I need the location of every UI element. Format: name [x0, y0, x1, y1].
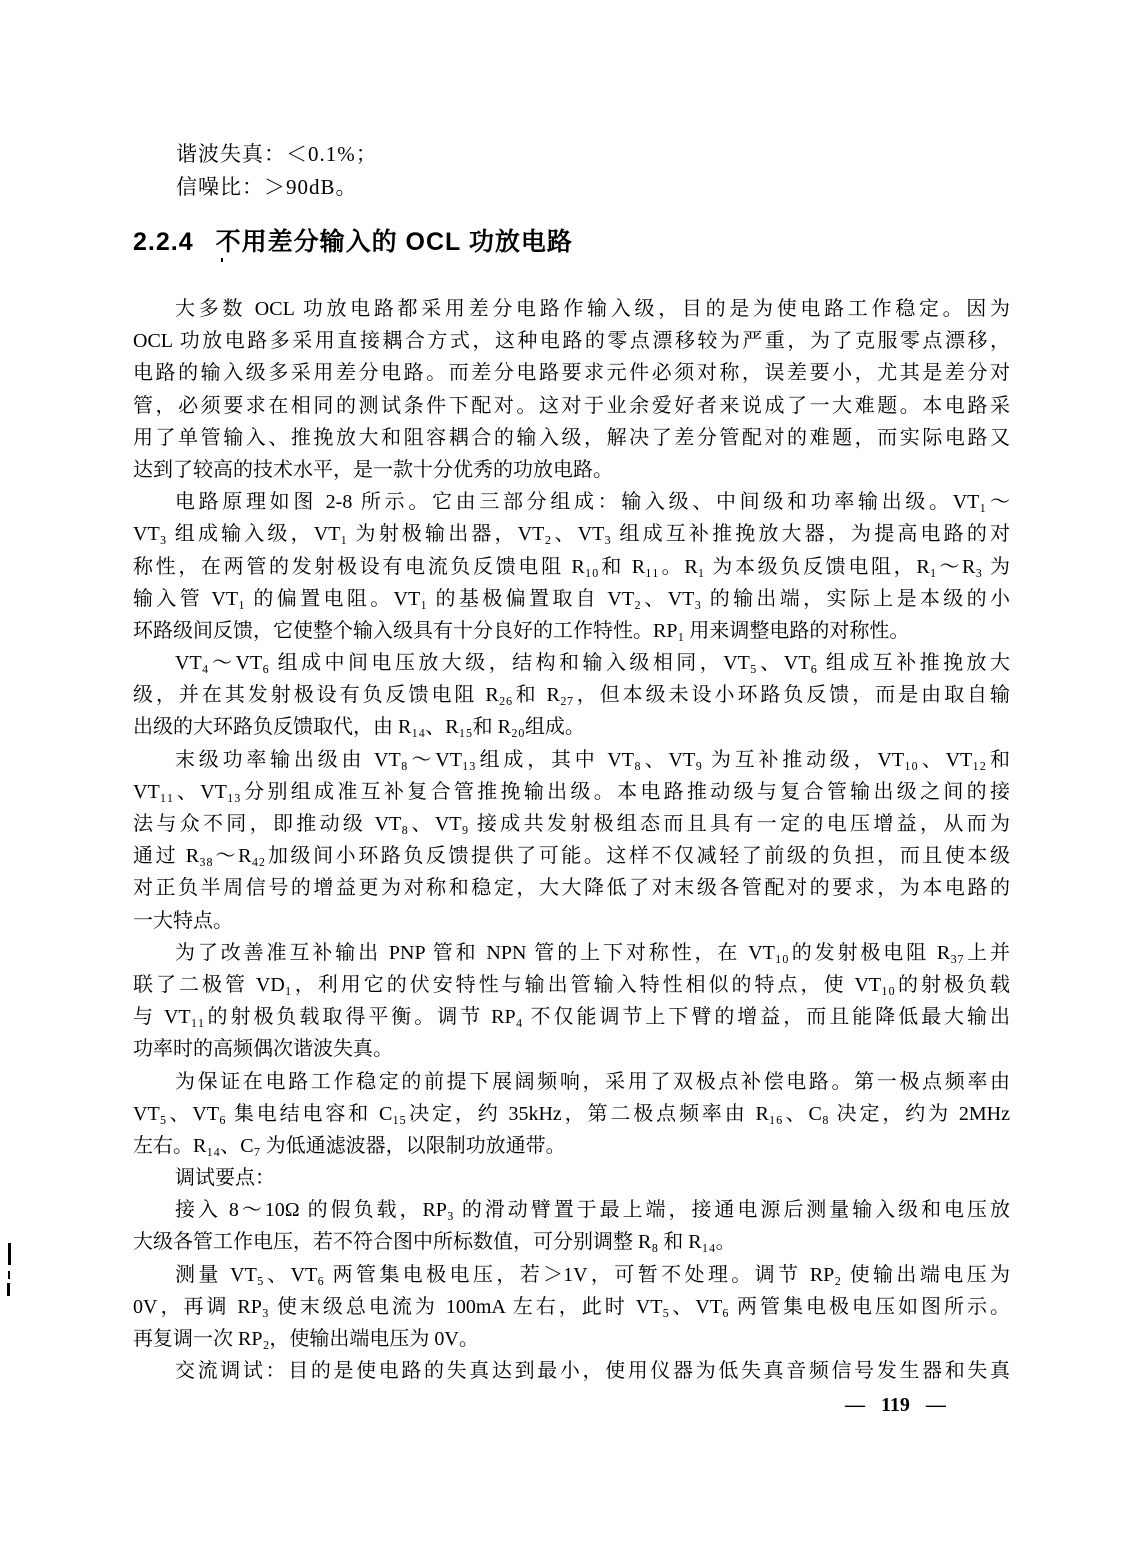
body-line: 一大特点。 — [133, 905, 1010, 937]
body-line: OCL 功放电路多采用直接耦合方式，这种电路的零点漂移较为严重，为了克服零点漂移… — [133, 325, 1010, 357]
spec-snr: 信噪比：＞90dB。 — [176, 171, 876, 204]
body-line: 输入管 VT₁ 的偏置电阻。VT₁ 的基极偏置取自 VT₂、VT₃ 的输出端，实… — [133, 583, 1010, 615]
body-line: 法与众不同，即推动级 VT₈、VT₉ 接成共发射极组态而且具有一定的电压增益，从… — [133, 808, 1010, 840]
section-heading: 2.2.4不用差分输入的 OCL 功放电路 — [133, 222, 1033, 258]
scan-artifact-mark — [8, 1243, 11, 1265]
body-line: 接入 8～10Ω 的假负载，RP₃ 的滑动臂置于最上端，接通电源后测量输入级和电… — [133, 1194, 1010, 1226]
body-line: 左右。R₁₄、C₇ 为低通滤波器，以限制功放通带。 — [133, 1130, 1010, 1162]
body-line: 联了二极管 VD₁，利用它的伏安特性与输出管输入特性相似的特点，使 VT₁₀的射… — [133, 969, 1010, 1001]
body-line: 称性，在两管的发射极设有电流负反馈电阻 R₁₀和 R₁₁。R₁ 为本级负反馈电阻… — [133, 551, 1010, 583]
scan-artifact-mark — [221, 258, 223, 262]
body-line: 交流调试：目的是使电路的失真达到最小，使用仪器为低失真音频信号发生器和失真 — [133, 1355, 1010, 1387]
body-line: 出级的大环路负反馈取代，由 R₁₄、R₁₅和 R₂₀组成。 — [133, 711, 1010, 743]
body-line: VT₄～VT₆ 组成中间电压放大级，结构和输入级相同，VT₅、VT₆ 组成互补推… — [133, 647, 1010, 679]
body-line: 为保证在电路工作稳定的前提下展阔频响，采用了双极点补偿电路。第一极点频率由 — [133, 1066, 1010, 1098]
body-line: 测量 VT₅、VT₆ 两管集电极电压，若＞1V，可暂不处理。调节 RP₂ 使输出… — [133, 1259, 1010, 1291]
body-line: 大级各管工作电压，若不符合图中所标数值，可分别调整 R₈ 和 R₁₄。 — [133, 1226, 1010, 1258]
spec-harmonic-distortion: 谐波失真：＜0.1%； — [176, 138, 876, 171]
body-line: 通过 R₃₈～R₄₂加级间小环路负反馈提供了可能。这样不仅减轻了前级的负担，而且… — [133, 840, 1010, 872]
section-title: 不用差分输入的 OCL 功放电路 — [216, 228, 573, 256]
page-number-dash-right: — — [926, 1394, 946, 1417]
body-line: VT₁₁、VT₁₃分别组成准互补复合管推挽输出级。本电路推动级与复合管输出级之间… — [133, 776, 1010, 808]
body-line: 与 VT₁₁的射极负载取得平衡。调节 RP₄ 不仅能调节上下臂的增益，而且能降低… — [133, 1001, 1010, 1033]
body-line: 对正负半周信号的增益更为对称和稳定，大大降低了对末级各管配对的要求，为本电路的 — [133, 872, 1010, 904]
body-line: 再复调一次 RP₂，使输出端电压为 0V。 — [133, 1323, 1010, 1355]
scan-artifact-mark — [7, 1283, 10, 1296]
body-line: 级，并在其发射极设有负反馈电阻 R₂₆和 R₂₇，但本级未设小环路负反馈，而是由… — [133, 679, 1010, 711]
body-line: 大多数 OCL 功放电路都采用差分电路作输入级，目的是为使电路工作稳定。因为 — [133, 293, 1010, 325]
body-line: 0V，再调 RP₃ 使末级总电流为 100mA 左右，此时 VT₅、VT₆ 两管… — [133, 1291, 1010, 1323]
body-line: VT₃ 组成输入级，VT₁ 为射极输出器，VT₂、VT₃ 组成互补推挽放大器，为… — [133, 518, 1010, 550]
body-line: 电路的输入级多采用差分电路。而差分电路要求元件必须对称，误差要小，尤其是差分对 — [133, 357, 1010, 389]
body-line: 用了单管输入、推挽放大和阻容耦合的输入级，解决了差分管配对的难题，而实际电路又 — [133, 422, 1010, 454]
body-line: 调试要点： — [133, 1162, 1010, 1194]
body-line: 环路级间反馈，它使整个输入级具有十分良好的工作特性。RP₁ 用来调整电路的对称性… — [133, 615, 1010, 647]
page-number-value: 119 — [881, 1394, 910, 1417]
body-line: 电路原理如图 2-8 所示。它由三部分组成：输入级、中间级和功率输出级。VT₁～ — [133, 486, 1010, 518]
scan-artifact-mark — [8, 1271, 10, 1279]
page-number: — 119 — — [845, 1394, 1025, 1417]
body-line: 功率时的高频偶次谐波失真。 — [133, 1033, 1010, 1065]
body-line: 为了改善准互补输出 PNP 管和 NPN 管的上下对称性，在 VT₁₀的发射极电… — [133, 937, 1010, 969]
section-number: 2.2.4 — [133, 228, 194, 256]
page-number-dash-left: — — [845, 1394, 865, 1417]
body-line: 达到了较高的技术水平，是一款十分优秀的功放电路。 — [133, 454, 1010, 486]
body-line: 管，必须要求在相同的测试条件下配对。这对于业余爱好者来说成了一大难题。本电路采 — [133, 390, 1010, 422]
body-line: VT₅、VT₆ 集电结电容和 C₁₅决定，约 35kHz，第二极点频率由 R₁₆… — [133, 1098, 1010, 1130]
book-page: 谐波失真：＜0.1%； 信噪比：＞90dB。 2.2.4不用差分输入的 OCL … — [0, 0, 1138, 1568]
body-text: 大多数 OCL 功放电路都采用差分电路作输入级，目的是为使电路工作稳定。因为 O… — [133, 293, 1010, 1387]
spec-list: 谐波失真：＜0.1%； 信噪比：＞90dB。 — [176, 138, 876, 204]
body-line: 末级功率输出级由 VT₈～VT₁₃组成，其中 VT₈、VT₉ 为互补推动级，VT… — [133, 744, 1010, 776]
